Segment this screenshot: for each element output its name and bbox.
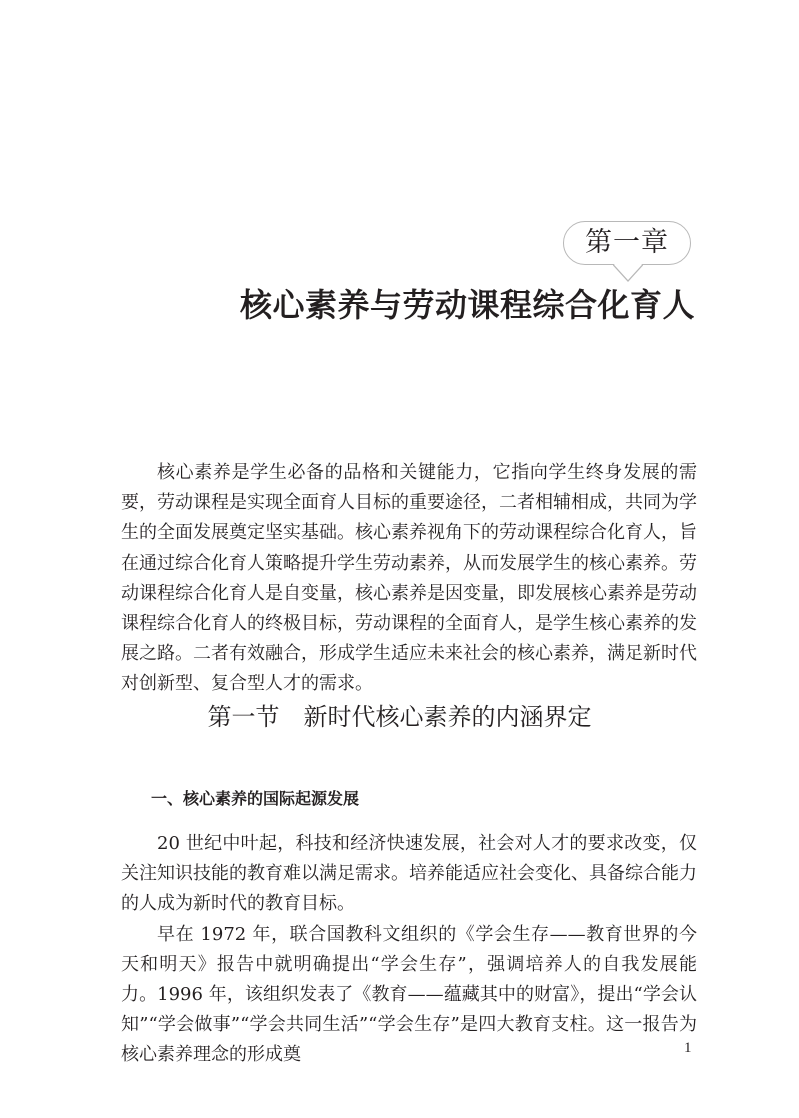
page-number: 1 [684, 1038, 692, 1058]
chapter-label: 第一章 [564, 226, 690, 260]
intro-paragraph: 核心素养是学生必备的品格和关键能力，它指向学生终身发展的需要，劳动课程是实现全面… [121, 458, 697, 700]
speech-bubble-pointer-icon [613, 263, 643, 283]
section-title: 第一节 新时代核心素养的内涵界定 [0, 700, 799, 734]
chapter-intro: 核心素养是学生必备的品格和关键能力，它指向学生终身发展的需要，劳动课程是实现全面… [121, 458, 697, 700]
subsection-content: 20 世纪中叶起，科技和经济快速发展，社会对人才的要求改变，仅关注知识技能的教育… [121, 829, 697, 1071]
book-page: 第一章 核心素养与劳动课程综合化育人 核心素养是学生必备的品格和关键能力，它指向… [0, 0, 799, 1118]
content-paragraph: 20 世纪中叶起，科技和经济快速发展，社会对人才的要求改变，仅关注知识技能的教育… [121, 829, 697, 920]
chapter-label-bubble: 第一章 [563, 221, 691, 265]
content-paragraph: 早在 1972 年，联合国教科文组织的《学会生存——教育世界的今天和明天》报告中… [121, 920, 697, 1071]
chapter-title: 核心素养与劳动课程综合化育人 [240, 283, 695, 327]
subsection-title: 一、核心素养的国际起源发展 [151, 787, 359, 811]
